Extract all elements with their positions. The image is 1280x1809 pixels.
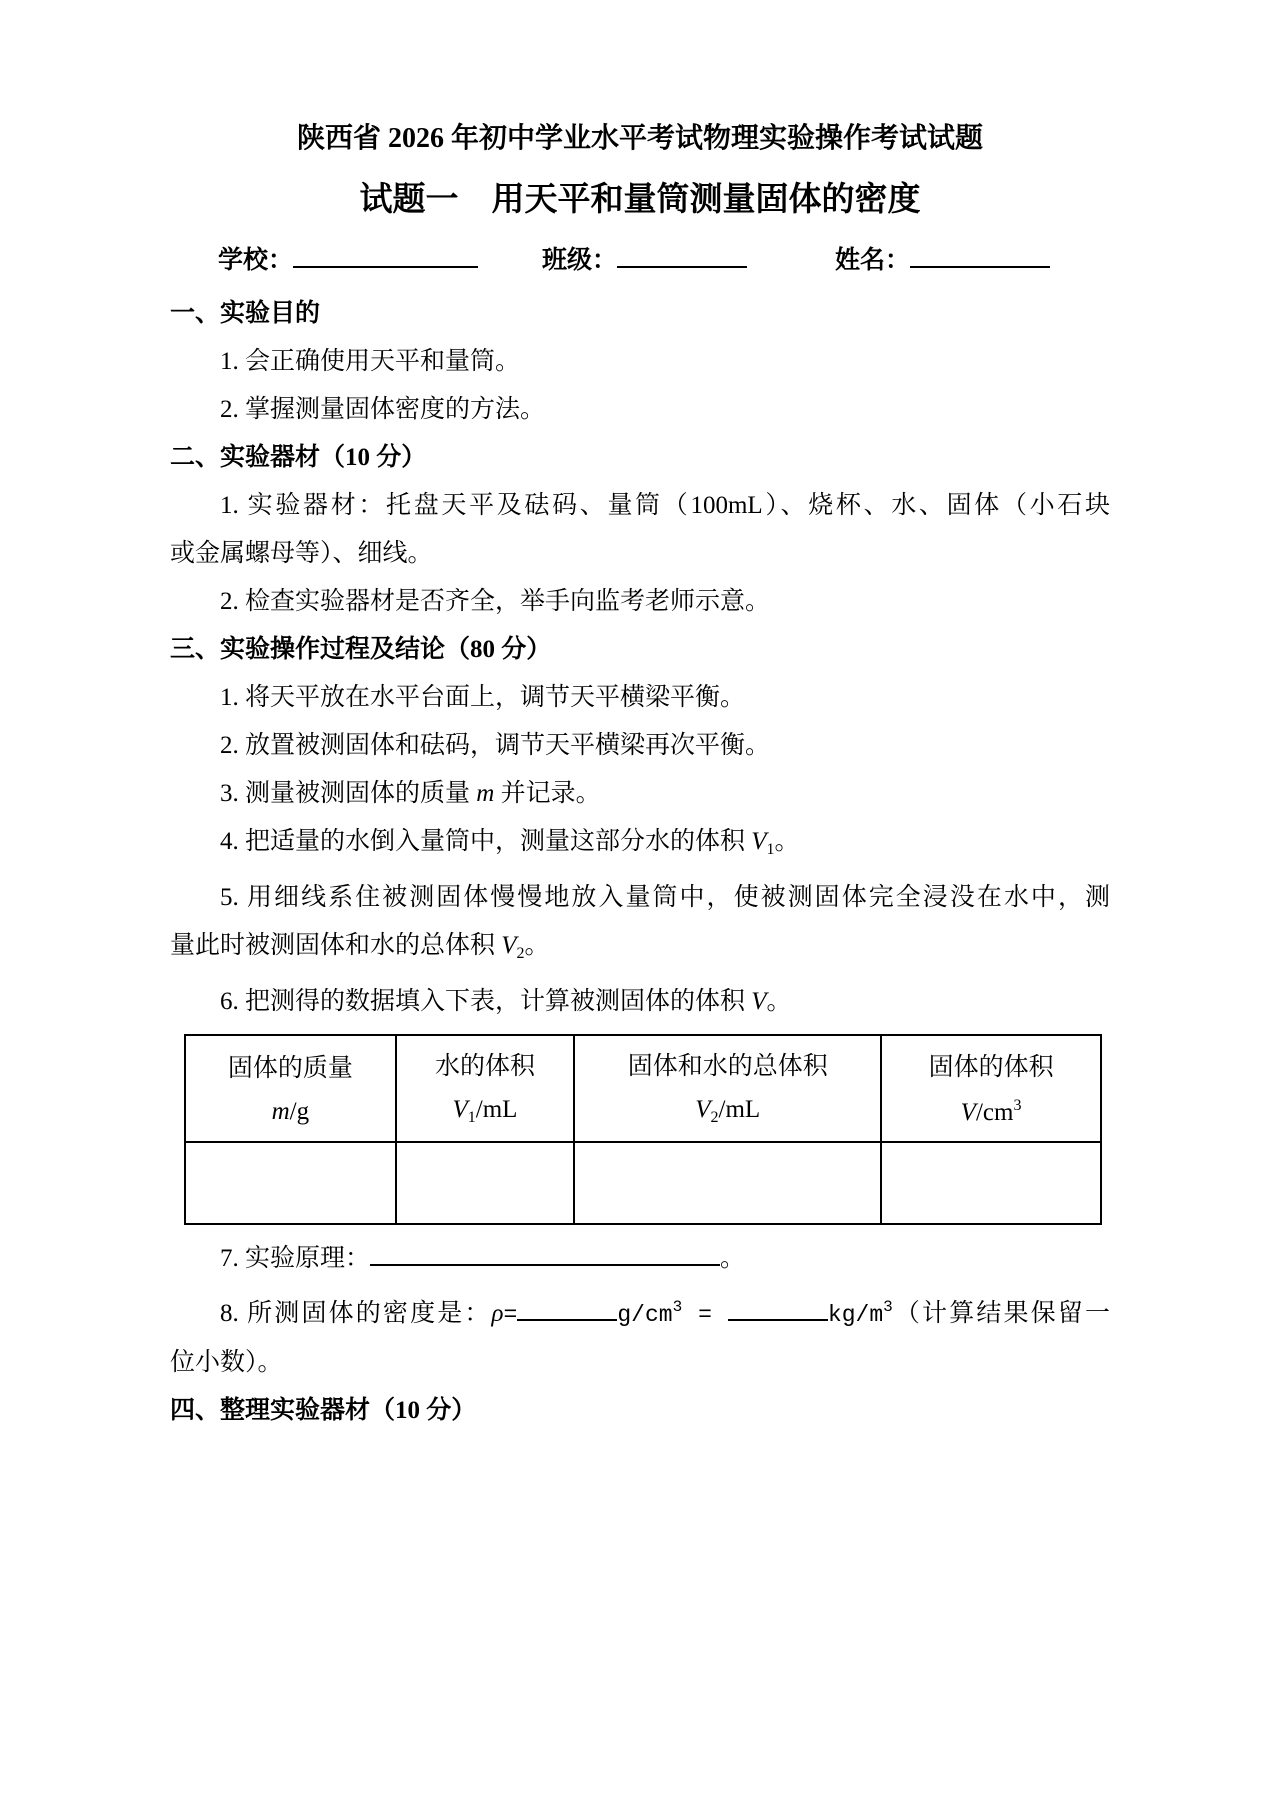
name-label: 姓名： — [835, 247, 910, 274]
section2-item1-line1: 1. 实验器材：托盘天平及砝码、量筒（100mL）、烧杯、水、固体（小石块 — [170, 482, 1110, 530]
header-cell-solid-volume: 固体的体积 V/cm3 — [881, 1035, 1101, 1142]
section3-item6-end: 。 — [767, 988, 792, 1015]
school-label: 学校： — [218, 247, 293, 274]
variable-v2: V2 — [501, 932, 524, 959]
class-label: 班级： — [542, 247, 617, 274]
header-cell-mass: 固体的质量 m/g — [185, 1035, 396, 1142]
table-empty-cell-total-volume — [574, 1142, 881, 1224]
mass-unit-label: m/g — [186, 1098, 395, 1126]
section3-item8: 8. 所测固体的密度是：ρ=g/cm3 = kg/m3（计算结果保留一 位小数）… — [170, 1283, 1110, 1387]
section3-item2: 2. 放置被测固体和砝码，调节天平横梁再次平衡。 — [170, 722, 1110, 770]
class-field: 班级： — [542, 238, 747, 282]
section3-item3-end: 并记录。 — [494, 780, 600, 807]
variable-v1: V1 — [751, 828, 774, 855]
name-blank — [910, 238, 1050, 268]
rounding-note-part2: 位小数）。 — [170, 1339, 1110, 1387]
exam-paper-page: 陕西省 2026 年初中学业水平考试物理实验操作考试试题 试题一 用天平和量筒测… — [0, 0, 1280, 1809]
school-blank — [293, 238, 478, 268]
table-data-row — [185, 1142, 1101, 1224]
principle-label: 7. 实验原理： — [220, 1245, 370, 1272]
rounding-note-part1: （计算结果保留一 — [893, 1300, 1110, 1327]
section3-item5-line2: 量此时被测固体和水的总体积 V2。 — [170, 922, 1110, 978]
density-kgm3-blank — [728, 1291, 828, 1321]
school-field: 学校： — [218, 238, 478, 282]
name-field: 姓名： — [835, 238, 1050, 282]
student-info-line: 学校：班级：姓名： — [170, 238, 1110, 282]
measurement-table: 固体的质量 m/g 水的体积 V1/mL 固体和水的总体积 V2/mL — [184, 1034, 1102, 1225]
section3-item1: 1. 将天平放在水平台面上，调节天平横梁平衡。 — [170, 674, 1110, 722]
class-blank — [617, 238, 747, 268]
section3-item7: 7. 实验原理：。 — [170, 1235, 1110, 1283]
solid-volume-header-label: 固体的体积 — [882, 1047, 1100, 1083]
table-empty-cell-mass — [185, 1142, 396, 1224]
section3-item8-line1: 8. 所测固体的密度是：ρ=g/cm3 = kg/m3（计算结果保留一 — [170, 1283, 1110, 1339]
section3-item3-text: 3. 测量被测固体的质量 — [220, 780, 476, 807]
section3-item5-line1: 5. 用细线系住被测固体慢慢地放入量筒中，使被测固体完全浸没在水中，测 — [170, 874, 1110, 922]
document-title: 陕西省 2026 年初中学业水平考试物理实验操作考试试题 — [170, 120, 1110, 158]
unit-kg-per-m3: kg/m3 — [828, 1302, 893, 1328]
section3-item6-text: 6. 把测得的数据填入下表，计算被测固体的体积 — [220, 988, 751, 1015]
unit-g-per-cm3: g/cm3 — [617, 1302, 682, 1328]
section1-heading: 一、实验目的 — [170, 290, 1110, 338]
variable-v: V — [751, 988, 766, 1015]
header-cell-water-volume: 水的体积 V1/mL — [396, 1035, 575, 1142]
section3-item4-end: 。 — [775, 828, 800, 855]
exam-question-title: 试题一 用天平和量筒测量固体的密度 — [170, 178, 1110, 222]
principle-blank — [370, 1236, 720, 1266]
section2-item1-line2: 或金属螺母等）、细线。 — [170, 530, 1110, 578]
section2-heading: 二、实验器材（10 分） — [170, 434, 1110, 482]
density-label: 8. 所测固体的密度是： — [220, 1300, 492, 1327]
section2-item1: 1. 实验器材：托盘天平及砝码、量筒（100mL）、烧杯、水、固体（小石块 或金… — [170, 482, 1110, 578]
section3-item5: 5. 用细线系住被测固体慢慢地放入量筒中，使被测固体完全浸没在水中，测 量此时被… — [170, 874, 1110, 978]
section1-item2: 2. 掌握测量固体密度的方法。 — [170, 386, 1110, 434]
table-header-row: 固体的质量 m/g 水的体积 V1/mL 固体和水的总体积 V2/mL — [185, 1035, 1101, 1142]
table-empty-cell-water-volume — [396, 1142, 575, 1224]
solid-volume-unit-label: V/cm3 — [882, 1097, 1100, 1127]
section3-item4: 4. 把适量的水倒入量筒中，测量这部分水的体积 V1。 — [170, 818, 1110, 874]
water-volume-unit-label: V1/mL — [397, 1096, 574, 1127]
section3-item4-text: 4. 把适量的水倒入量筒中，测量这部分水的体积 — [220, 828, 751, 855]
section3-item6: 6. 把测得的数据填入下表，计算被测固体的体积 V。 — [170, 978, 1110, 1026]
total-volume-header-label: 固体和水的总体积 — [575, 1046, 880, 1082]
density-gcm3-blank — [517, 1291, 617, 1321]
section2-item2: 2. 检查实验器材是否齐全，举手向监考老师示意。 — [170, 578, 1110, 626]
variable-rho: ρ — [492, 1300, 504, 1327]
section3-heading: 三、实验操作过程及结论（80 分） — [170, 626, 1110, 674]
table-empty-cell-solid-volume — [881, 1142, 1101, 1224]
principle-end: 。 — [720, 1245, 745, 1272]
section1-item1: 1. 会正确使用天平和量筒。 — [170, 338, 1110, 386]
document-body: 一、实验目的 1. 会正确使用天平和量筒。 2. 掌握测量固体密度的方法。 二、… — [170, 290, 1110, 1435]
variable-m: m — [476, 780, 494, 807]
section4-heading: 四、整理实验器材（10 分） — [170, 1387, 1110, 1435]
mass-header-label: 固体的质量 — [186, 1048, 395, 1084]
section3-item3: 3. 测量被测固体的质量 m 并记录。 — [170, 770, 1110, 818]
water-volume-header-label: 水的体积 — [397, 1046, 574, 1082]
header-cell-total-volume: 固体和水的总体积 V2/mL — [574, 1035, 881, 1142]
total-volume-unit-label: V2/mL — [575, 1096, 880, 1127]
